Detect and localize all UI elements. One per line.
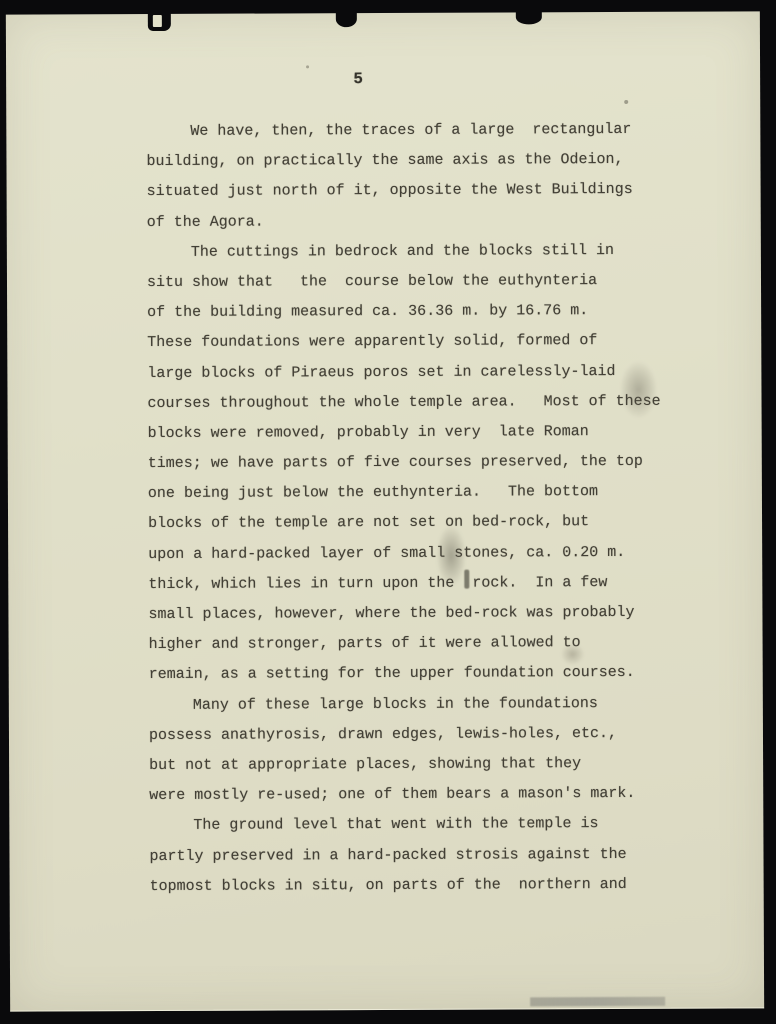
text-line: situated just north of it, opposite the … bbox=[147, 175, 707, 208]
text-line: times; we have parts of five courses pre… bbox=[148, 447, 708, 480]
punch-notch-center bbox=[336, 11, 357, 27]
text-line: blocks were removed, probably in very la… bbox=[148, 416, 708, 449]
text-line: upon a hard-packed layer of small stones… bbox=[148, 537, 708, 570]
page-number: 5 bbox=[298, 70, 418, 89]
text-line: blocks of the temple are not set on bed-… bbox=[148, 507, 708, 540]
punch-notch-right bbox=[516, 10, 542, 24]
text-line: Many of these large blocks in the founda… bbox=[149, 688, 709, 721]
text-line: building, on practically the same axis a… bbox=[146, 145, 706, 178]
document-page: 5 We have, then, the traces of a large r… bbox=[6, 11, 764, 1011]
text-line: higher and stronger, parts of it were al… bbox=[149, 628, 709, 661]
text-line: partly preserved in a hard-packed strosi… bbox=[149, 839, 709, 872]
paper-tab bbox=[153, 15, 162, 27]
text-line: remain, as a setting for the upper found… bbox=[149, 658, 709, 691]
paragraph: Many of these large blocks in the founda… bbox=[149, 688, 710, 811]
scan-artifact bbox=[530, 997, 665, 1007]
text-line: of the Agora. bbox=[147, 205, 707, 238]
paragraph: The cuttings in bedrock and the blocks s… bbox=[147, 235, 709, 690]
typewritten-text: We have, then, the traces of a large rec… bbox=[146, 115, 709, 902]
text-line: thick, which lies in turn upon the rock.… bbox=[148, 567, 708, 600]
text-line: topmost blocks in situ, on parts of the … bbox=[150, 869, 710, 902]
text-line: but not at appropriate places, showing t… bbox=[149, 749, 709, 782]
text-line: small places, however, where the bed-roc… bbox=[148, 598, 708, 631]
text-line: of the building measured ca. 36.36 m. by… bbox=[147, 296, 707, 329]
text-line: The cuttings in bedrock and the blocks s… bbox=[147, 235, 707, 268]
text-line: The ground level that went with the temp… bbox=[149, 809, 709, 842]
text-line: were mostly re-used; one of them bears a… bbox=[149, 779, 709, 812]
text-line: situ show that the course below the euth… bbox=[147, 266, 707, 299]
text-line: possess anathyrosis, drawn edges, lewis-… bbox=[149, 718, 709, 751]
text-line: one being just below the euthynteria. Th… bbox=[148, 477, 708, 510]
text-line: courses throughout the whole temple area… bbox=[147, 386, 707, 419]
text-line: We have, then, the traces of a large rec… bbox=[146, 115, 706, 148]
punch-notch-left bbox=[148, 12, 171, 31]
scan-photo: { "doc": { "page_number": "5", "paragrap… bbox=[0, 0, 776, 1024]
dust-speck bbox=[306, 65, 309, 68]
dust-speck bbox=[624, 100, 628, 104]
text-line: large blocks of Piraeus poros set in car… bbox=[147, 356, 707, 389]
scan-background: 5 We have, then, the traces of a large r… bbox=[0, 0, 776, 1024]
text-line: These foundations were apparently solid,… bbox=[147, 326, 707, 359]
paragraph: We have, then, the traces of a large rec… bbox=[146, 115, 707, 238]
paragraph: The ground level that went with the temp… bbox=[149, 809, 709, 902]
